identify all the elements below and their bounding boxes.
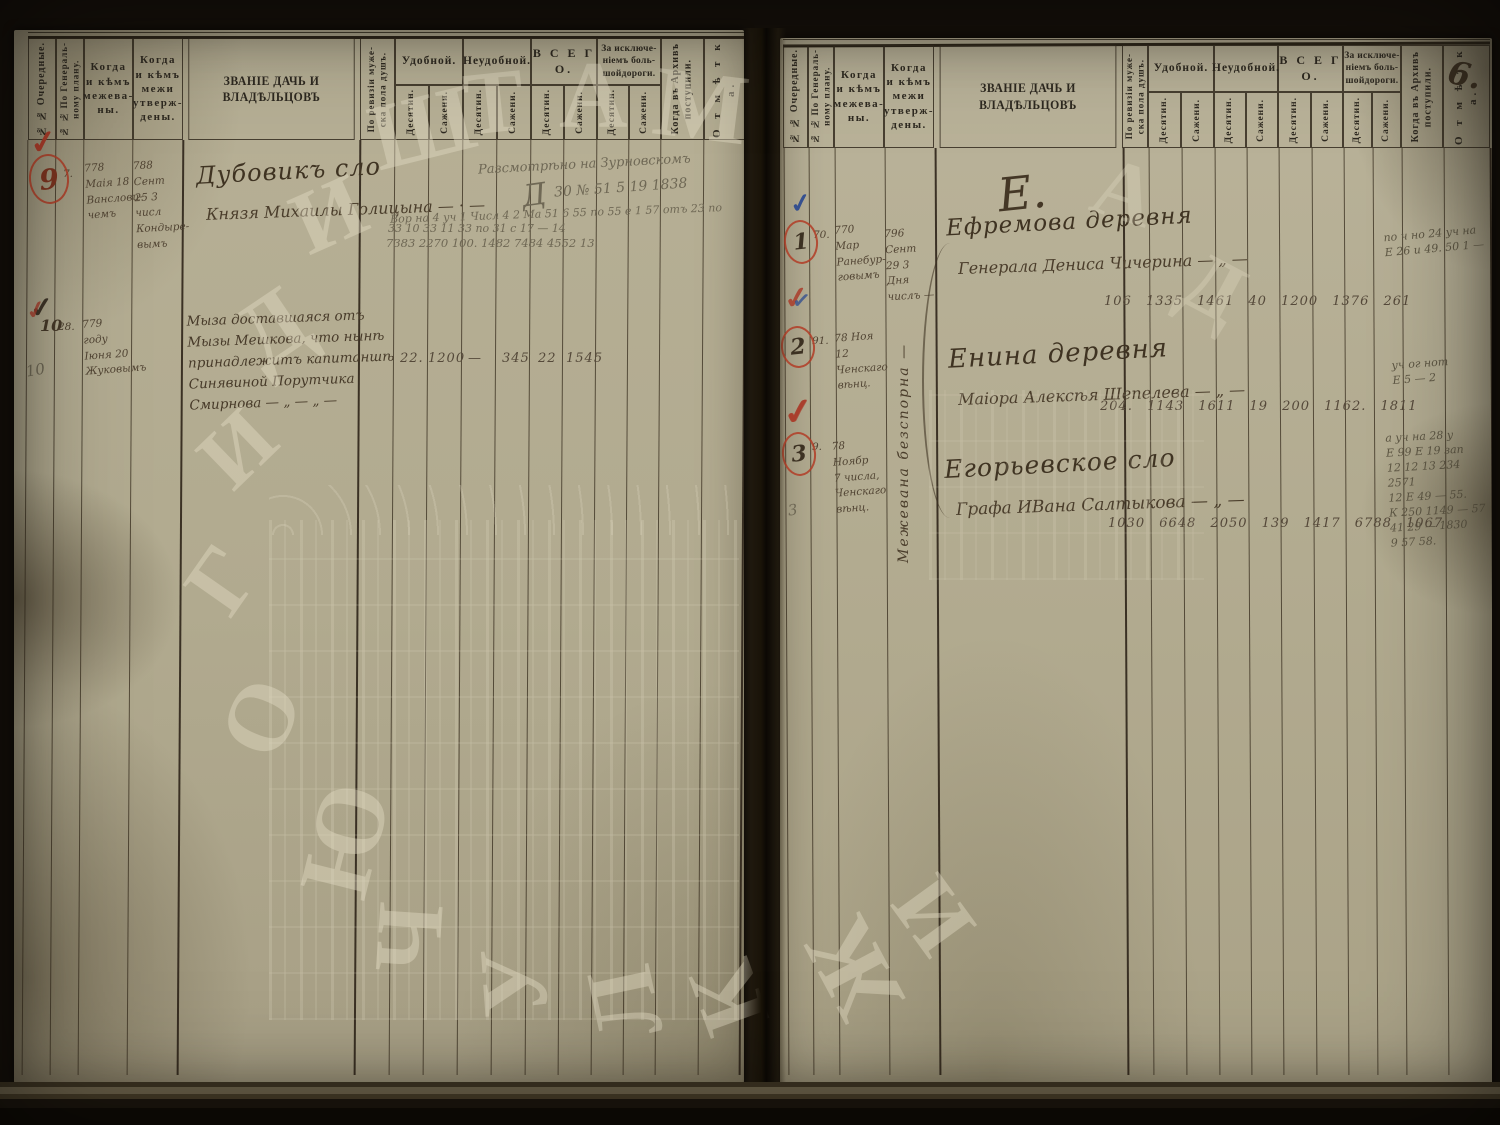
figure-convenient-saz: 1200 <box>428 350 465 369</box>
table-top-rule-thin <box>783 39 1490 40</box>
col-header-approved: Когда и кѣмъ межи утверж- дены. <box>133 38 183 140</box>
margin-note: а уч на 28 у Е 99 Е 19 зап 12 12 13 234 … <box>1385 425 1492 550</box>
group-header-inconvenient-label: Неудобной. <box>463 54 531 69</box>
cell-approved: 788 Сент 25 3 числ Кондыре- вымъ <box>133 157 185 254</box>
figure-total-saz: 1545 <box>566 350 603 369</box>
sub-header-desyatin-label: Десятин. <box>1224 97 1236 143</box>
sub-header-desyatin: Десятин. <box>1148 92 1181 148</box>
table-top-rule-thin <box>28 32 744 33</box>
cell-surveyed: 78 Ноябр 7 числа, Ченскаго вѣнц. <box>831 436 884 518</box>
col-header-approved-label: Когда и кѣмъ межи утверж- дены. <box>133 53 183 124</box>
cell-surveyed: 78 Ноя 12 Ченскаго вѣнц. <box>834 328 885 394</box>
cell-surveyed: 779 году Іюня 20 Жуковымъ <box>82 314 133 380</box>
sub-header-sazheni-label: Сажени. <box>575 91 587 134</box>
group-header-total: В С Е Г О. <box>1278 45 1343 92</box>
sub-header-desyatin-label: Десятин. <box>607 89 619 135</box>
sub-header-desyatin: Десятин. <box>1278 92 1311 148</box>
sub-header-sazheni: Сажени. <box>429 85 463 140</box>
col-header-serial: № № Очередные. <box>783 45 808 148</box>
estate-description: Мыза доставшаяся отъ Мызы Мешкова, что н… <box>186 304 396 416</box>
figure-convenient-des: 22. <box>400 350 424 369</box>
cell-plan-no: 28. <box>58 320 75 336</box>
col-header-remark: О т м ѣ т к а. <box>704 38 744 140</box>
group-header-excluding-road: За исключе- ніемъ боль- шойдороги. <box>597 38 661 85</box>
col-header-estate-owners-label: ЗВАНІЕ ДАЧЬ И ВЛАДѢЛЬЦОВЪ <box>189 73 354 106</box>
blue-check-mark: ✓ <box>788 189 814 218</box>
ruled-columns <box>780 38 1492 1085</box>
sub-header-sazheni-label: Сажени. <box>440 91 452 134</box>
sub-header-desyatin-label: Десятин. <box>474 89 486 135</box>
col-header-surveyed: Когда и кѣмъ межева- ны. <box>834 45 884 148</box>
group-header-excluding-road: За исключе- ніемъ боль- шойдороги. <box>1343 45 1401 92</box>
group-header-convenient-label: Удобной. <box>1154 61 1209 76</box>
sub-header-sazheni: Сажени. <box>629 85 661 140</box>
col-header-approved-label: Когда и кѣмъ межи утверж- дены. <box>884 61 934 132</box>
col-header-general-plan-label: № № По Генераль- ному плану. <box>59 42 82 137</box>
sub-header-desyatin: Десятин. <box>531 85 564 140</box>
col-header-souls-label: По ревизіи муже- ска пола душъ. <box>1124 53 1147 139</box>
group-header-excluding-road-label: За исключе- ніемъ боль- шойдороги. <box>601 43 657 80</box>
sub-header-desyatin-label: Десятин. <box>1289 97 1301 143</box>
col-header-archive: Когда въ Архивъ поступили. <box>1401 45 1443 148</box>
group-header-excluding-road-label: За исключе- ніемъ боль- шойдороги. <box>1344 50 1400 87</box>
col-header-remark-label: О т м ѣ т к а. <box>711 39 739 139</box>
col-header-archive-label: Когда въ Архивъ поступили. <box>670 43 695 134</box>
sub-header-sazheni: Сажени. <box>1311 92 1343 148</box>
group-header-total: В С Е Г О. <box>531 38 597 85</box>
sub-header-sazheni-label: Сажени. <box>1321 99 1333 142</box>
group-header-convenient-label: Удобной. <box>402 54 457 69</box>
col-header-souls-label: По ревизіи муже- ска пола душъ. <box>366 46 389 132</box>
row-number: 1 <box>792 228 810 255</box>
group-header-convenient: Удобной. <box>395 38 463 85</box>
figures-row: 106 1335 1461 40 1200 1376 261 <box>1104 293 1411 312</box>
group-header-inconvenient: Неудобной. <box>1214 45 1278 92</box>
sub-header-desyatin: Десятин. <box>395 85 429 140</box>
col-header-archive: Когда въ Архивъ поступили. <box>661 38 704 140</box>
sub-header-sazheni: Сажени. <box>564 85 597 140</box>
sub-header-sazheni: Сажени. <box>497 85 531 140</box>
col-header-estate-owners: ЗВАНІЕ ДАЧЬ И ВЛАДѢЛЬЦОВЪ <box>188 38 354 140</box>
col-header-general-plan: № № По Генераль- ному плану. <box>56 38 84 140</box>
sub-header-desyatin-label: Десятин. <box>542 89 554 135</box>
col-header-archive-label: Когда въ Архивъ поступили. <box>1410 51 1435 142</box>
col-header-surveyed: Когда и кѣмъ межева- ны. <box>84 38 133 140</box>
page-block-bottom-edge <box>0 1082 1500 1125</box>
col-header-surveyed-label: Когда и кѣмъ межева- ны. <box>83 60 134 117</box>
sub-header-desyatin: Десятин. <box>597 85 629 140</box>
group-header-total-label: В С Е Г О. <box>1279 53 1342 84</box>
figures-row: 204. 1143 1611 19 200 1162. 1811 <box>1100 398 1418 417</box>
col-header-estate-owners-label: ЗВАНІЕ ДАЧЬ И ВЛАДѢЛЬЦОВЪ <box>941 80 1116 113</box>
col-header-general-plan: № № По Генераль- ному плану. <box>808 45 834 148</box>
figure-inconvenient-des: — <box>468 350 482 369</box>
sub-header-sazheni: Сажени. <box>1372 92 1401 148</box>
sub-header-desyatin: Десятин. <box>1343 92 1372 148</box>
cell-surveyed: 770 Мар Ранебур- говымъ <box>834 220 885 286</box>
sub-header-sazheni: Сажени. <box>1246 92 1278 148</box>
sub-header-sazheni-label: Сажени. <box>1256 99 1268 142</box>
group-header-total-label: В С Е Г О. <box>532 46 596 77</box>
pencil-figures: 7383 2270 100. 1482 7484 4552 13. <box>386 235 598 252</box>
sub-header-sazheni-label: Сажени. <box>1381 99 1393 142</box>
col-header-serial-label: № № Очередные. <box>789 49 802 143</box>
col-header-souls: По ревизіи муже- ска пола душъ. <box>360 38 395 140</box>
sub-header-desyatin: Десятин. <box>1214 92 1246 148</box>
group-header-convenient: Удобной. <box>1148 45 1214 92</box>
blue-check-mark: ✓ <box>791 289 812 313</box>
group-header-inconvenient: Неудобной. <box>463 38 531 85</box>
ledger-page-left: № № Очередные. № № По Генераль- ному пла… <box>14 30 744 1083</box>
figure-inconvenient-saz: 345 <box>502 350 530 369</box>
sub-header-desyatin-label: Десятин. <box>406 89 418 135</box>
sub-header-desyatin-label: Десятин. <box>1159 97 1171 143</box>
col-header-estate-owners: ЗВАНІЕ ДАЧЬ И ВЛАДѢЛЬЦОВЪ <box>940 45 1117 148</box>
row-number: 3 <box>790 440 808 467</box>
figure-total-des: 22 <box>538 350 557 369</box>
margin-note: уч ог нот Е 5 — 2 <box>1391 354 1450 388</box>
vertical-surveyor-note: Межевана безспорна — <box>896 293 912 563</box>
sub-header-desyatin-label: Десятин. <box>1352 97 1364 143</box>
sub-header-sazheni-label: Сажени. <box>508 91 520 134</box>
ledger-page-right: № № Очередные. № № По Генераль- ному пла… <box>780 38 1492 1085</box>
sub-header-sazheni-label: Сажени. <box>639 91 651 134</box>
col-header-surveyed-label: Когда и кѣмъ межева- ны. <box>834 68 885 125</box>
col-header-souls: По ревизіи муже- ска пола душъ. <box>1122 45 1148 148</box>
col-header-approved: Когда и кѣмъ межи утверж- дены. <box>884 45 934 148</box>
row-number: 9 <box>38 162 61 197</box>
scanned-ledger-spread: № № Очередные. № № По Генераль- ному пла… <box>0 0 1500 1125</box>
sub-header-desyatin: Десятин. <box>463 85 497 140</box>
col-header-general-plan-label: № № По Генераль- ному плану. <box>810 49 833 144</box>
cell-surveyed: 778 Маія 18 Ванслови- чемъ <box>84 158 134 224</box>
book-gutter <box>742 28 786 1085</box>
sub-header-sazheni: Сажени. <box>1181 92 1214 148</box>
sub-header-sazheni-label: Сажени. <box>1192 99 1204 142</box>
row-number: 2 <box>789 333 807 360</box>
row-number-pencil: 10 <box>24 359 47 384</box>
group-header-inconvenient-label: Неудобной. <box>1212 61 1280 76</box>
